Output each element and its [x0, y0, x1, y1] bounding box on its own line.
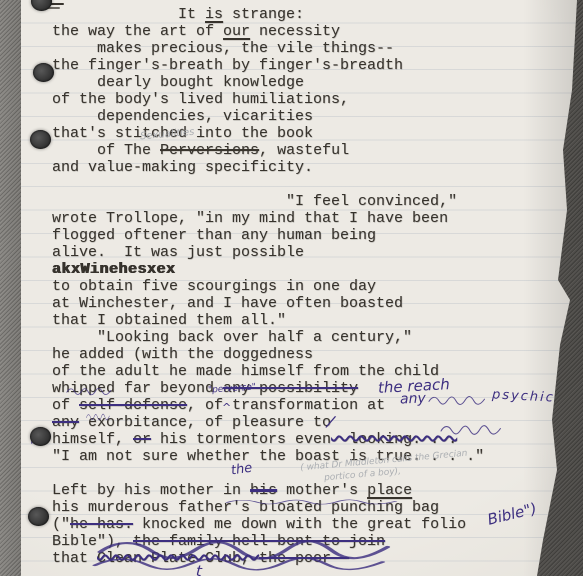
hole-punch: [30, 130, 51, 149]
ink-scribble-crossing-out-loops: [90, 556, 390, 572]
handwritten-note: Bible"): [486, 499, 539, 529]
hole-punch: [33, 63, 54, 82]
ink-scribble-wavy-underline: [224, 499, 400, 505]
handwritten-note: ^: [222, 401, 231, 414]
ink-scribble-trailing-squiggle: [440, 424, 502, 436]
paper: It is strange:the way the art of our nec…: [0, 0, 583, 576]
handwritten-note: psychic: [492, 387, 556, 405]
handwritten-note: /: [326, 412, 336, 432]
handwritten-note: any: [400, 391, 426, 408]
ink-scribble-illegible-word: [66, 387, 112, 396]
handwritten-note: "perverse": [208, 382, 257, 395]
ink-scribble-struck-word: [428, 395, 486, 406]
handwritten-note: portico of a boy),: [324, 467, 402, 484]
hole-punch: [30, 427, 51, 446]
ink-scribble-illegible-word: [86, 413, 110, 421]
hole-punch: [28, 507, 49, 526]
handwritten-note: the: [230, 461, 253, 479]
handwritten-note: ( what Dr Middleton calls the Grecian: [300, 449, 468, 474]
handwritten-note: Sexualities: [140, 127, 195, 143]
annotation-layer: Sexualitiesthe reach"perverse"^anypsychi…: [0, 0, 583, 576]
handwritten-note: the reach: [378, 375, 451, 397]
